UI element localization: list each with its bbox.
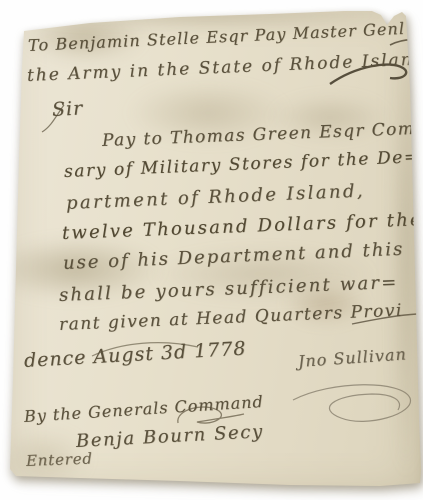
paper-shadow-wrap: To Benjamin Stelle Esqr Pay Master Genl … [0, 0, 423, 500]
sullivan-paraph [293, 385, 410, 422]
manuscript-body-line-3: partment of Rhode Island, [66, 180, 366, 214]
manuscript-dateline: dence Augst 3d 1778 [23, 338, 247, 372]
attestation-line: By the Generals Command [23, 392, 264, 426]
manuscript-body-line-2: sary of Military Stores for the De= [64, 147, 421, 182]
manuscript-address-line-2: the Army in the State of Rhode Island [27, 49, 423, 86]
manuscript-body-line-5: use of his Department and this [63, 239, 405, 274]
manuscript-body-line-1: Pay to Thomas Green Esqr Commis= [102, 117, 423, 151]
manuscript-body-line-6: shall be yours sufficient war= [59, 272, 399, 306]
sullivan-signature: Jno Sullivan [297, 344, 407, 371]
to-dash-flourish [390, 40, 417, 45]
photo-background: To Benjamin Stelle Esqr Pay Master Genl … [0, 0, 423, 500]
manuscript-salutation: Sir [51, 97, 83, 121]
pencil-marks [36, 13, 59, 19]
manuscript-paper: To Benjamin Stelle Esqr Pay Master Genl … [0, 0, 423, 500]
manuscript-address-line-1: To Benjamin Stelle Esqr Pay Master Genl … [28, 18, 423, 55]
secretary-signature: Benja Bourn Secy [75, 421, 264, 452]
docket-entered: Entered [26, 449, 93, 470]
manuscript-body-line-4: twelve Thousand Dollars for the [62, 209, 423, 244]
manuscript-body-line-7: rant given at Head Quarters Provi [59, 301, 404, 335]
